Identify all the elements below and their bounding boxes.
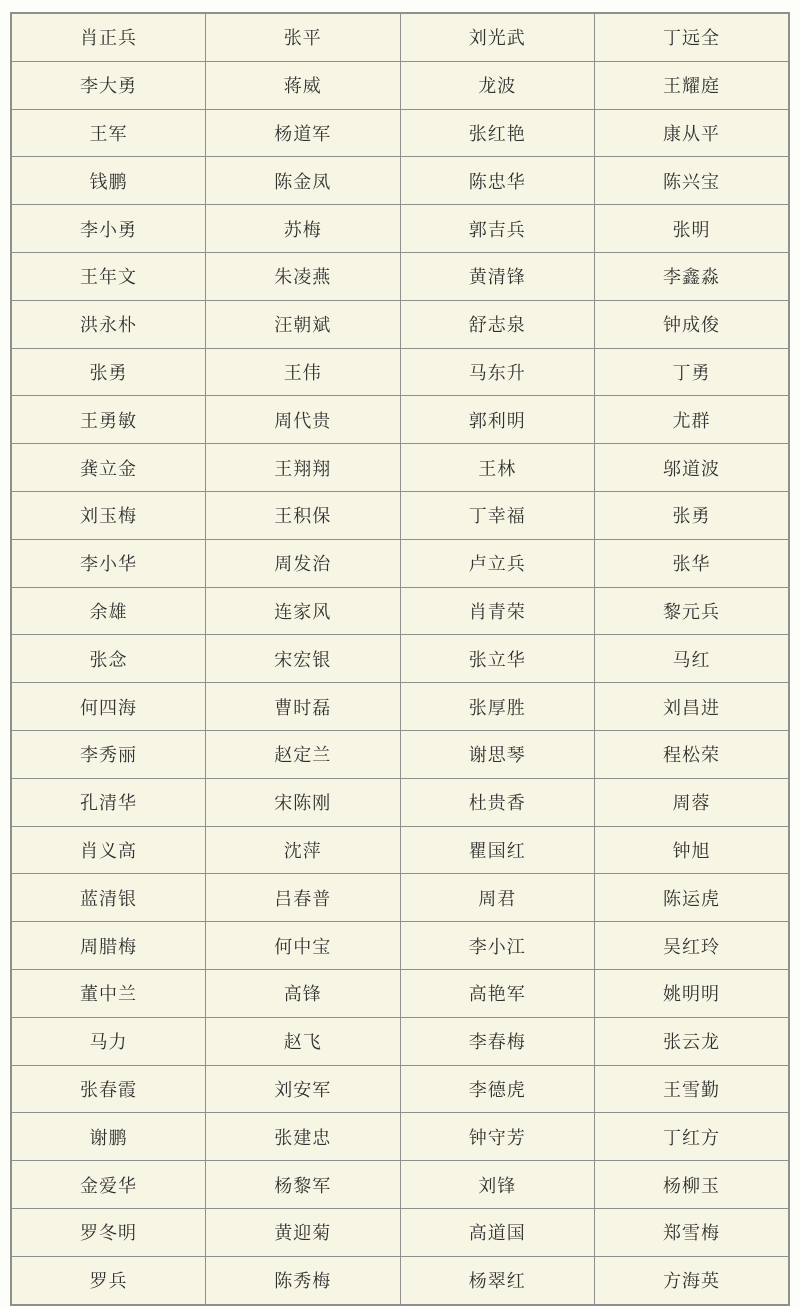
table-cell: 张云龙 [595,1017,790,1065]
table-cell: 程松荣 [595,730,790,778]
table-row: 张勇王伟马东升丁勇 [11,348,789,396]
table-cell: 罗冬明 [11,1208,206,1256]
table-cell: 蓝清银 [11,874,206,922]
name-table-body: 肖正兵张平刘光武丁远全李大勇蒋威龙波王耀庭王军杨道军张红艳康从平钱鹏陈金凤陈忠华… [11,13,789,1305]
table-cell: 朱凌燕 [206,252,401,300]
table-cell: 陈运虎 [595,874,790,922]
table-row: 刘玉梅王积保丁幸福张勇 [11,491,789,539]
table-cell: 丁红方 [595,1113,790,1161]
table-cell: 汪朝斌 [206,300,401,348]
table-cell: 丁勇 [595,348,790,396]
table-row: 肖正兵张平刘光武丁远全 [11,13,789,61]
table-cell: 龚立金 [11,444,206,492]
table-cell: 丁幸福 [400,491,595,539]
table-cell: 何中宝 [206,922,401,970]
table-cell: 高艳军 [400,969,595,1017]
table-cell: 王翔翔 [206,444,401,492]
table-cell: 马红 [595,635,790,683]
table-cell: 李德虎 [400,1065,595,1113]
table-row: 王军杨道军张红艳康从平 [11,109,789,157]
table-cell: 刘光武 [400,13,595,61]
table-cell: 杨黎军 [206,1161,401,1209]
table-cell: 卢立兵 [400,539,595,587]
table-cell: 周腊梅 [11,922,206,970]
table-cell: 方海英 [595,1256,790,1304]
name-table: 肖正兵张平刘光武丁远全李大勇蒋威龙波王耀庭王军杨道军张红艳康从平钱鹏陈金凤陈忠华… [10,12,790,1306]
table-cell: 刘安军 [206,1065,401,1113]
table-cell: 刘昌进 [595,683,790,731]
table-cell: 何四海 [11,683,206,731]
table-cell: 张厚胜 [400,683,595,731]
table-cell: 李小华 [11,539,206,587]
table-cell: 肖义高 [11,826,206,874]
table-cell: 王林 [400,444,595,492]
table-cell: 谢思琴 [400,730,595,778]
table-cell: 钟守芳 [400,1113,595,1161]
table-cell: 马力 [11,1017,206,1065]
table-cell: 李小江 [400,922,595,970]
table-cell: 刘玉梅 [11,491,206,539]
table-row: 李小勇苏梅郭吉兵张明 [11,205,789,253]
table-cell: 张建忠 [206,1113,401,1161]
table-row: 洪永朴汪朝斌舒志泉钟成俊 [11,300,789,348]
table-cell: 钱鹏 [11,157,206,205]
table-cell: 张念 [11,635,206,683]
table-cell: 肖青荣 [400,587,595,635]
table-cell: 舒志泉 [400,300,595,348]
table-cell: 张平 [206,13,401,61]
table-row: 李小华周发治卢立兵张华 [11,539,789,587]
table-cell: 李小勇 [11,205,206,253]
table-cell: 董中兰 [11,969,206,1017]
table-cell: 尤群 [595,396,790,444]
table-cell: 蒋威 [206,61,401,109]
table-cell: 宋陈刚 [206,778,401,826]
table-cell: 钟成俊 [595,300,790,348]
table-cell: 李大勇 [11,61,206,109]
table-cell: 罗兵 [11,1256,206,1304]
table-row: 张春霞刘安军李德虎王雪勤 [11,1065,789,1113]
table-cell: 赵飞 [206,1017,401,1065]
table-cell: 谢鹏 [11,1113,206,1161]
table-cell: 高道国 [400,1208,595,1256]
table-row: 谢鹏张建忠钟守芳丁红方 [11,1113,789,1161]
table-cell: 杜贵香 [400,778,595,826]
table-cell: 张华 [595,539,790,587]
table-cell: 周蓉 [595,778,790,826]
table-cell: 高锋 [206,969,401,1017]
table-cell: 王伟 [206,348,401,396]
table-cell: 张勇 [11,348,206,396]
table-row: 龚立金王翔翔王林邬道波 [11,444,789,492]
table-row: 董中兰高锋高艳军姚明明 [11,969,789,1017]
table-cell: 陈秀梅 [206,1256,401,1304]
table-cell: 杨柳玉 [595,1161,790,1209]
table-cell: 张勇 [595,491,790,539]
table-row: 钱鹏陈金凤陈忠华陈兴宝 [11,157,789,205]
table-cell: 孔清华 [11,778,206,826]
table-cell: 姚明明 [595,969,790,1017]
table-cell: 郑雪梅 [595,1208,790,1256]
table-row: 王年文朱凌燕黄清锋李鑫淼 [11,252,789,300]
table-cell: 张明 [595,205,790,253]
table-cell: 陈忠华 [400,157,595,205]
table-cell: 周代贵 [206,396,401,444]
table-cell: 张红艳 [400,109,595,157]
table-cell: 王积保 [206,491,401,539]
table-cell: 王耀庭 [595,61,790,109]
table-row: 李大勇蒋威龙波王耀庭 [11,61,789,109]
table-row: 罗冬明黄迎菊高道国郑雪梅 [11,1208,789,1256]
table-cell: 丁远全 [595,13,790,61]
table-row: 孔清华宋陈刚杜贵香周蓉 [11,778,789,826]
table-cell: 苏梅 [206,205,401,253]
table-cell: 瞿国红 [400,826,595,874]
table-cell: 金爱华 [11,1161,206,1209]
table-cell: 龙波 [400,61,595,109]
table-row: 马力赵飞李春梅张云龙 [11,1017,789,1065]
page: 肖正兵张平刘光武丁远全李大勇蒋威龙波王耀庭王军杨道军张红艳康从平钱鹏陈金凤陈忠华… [0,0,800,1285]
table-row: 金爱华杨黎军刘锋杨柳玉 [11,1161,789,1209]
table-cell: 连家风 [206,587,401,635]
table-row: 张念宋宏银张立华马红 [11,635,789,683]
table-cell: 杨翠红 [400,1256,595,1304]
table-cell: 王雪勤 [595,1065,790,1113]
table-row: 余雄连家风肖青荣黎元兵 [11,587,789,635]
table-cell: 沈萍 [206,826,401,874]
table-cell: 李鑫淼 [595,252,790,300]
table-row: 何四海曹时磊张厚胜刘昌进 [11,683,789,731]
table-cell: 刘锋 [400,1161,595,1209]
table-cell: 邬道波 [595,444,790,492]
table-cell: 李秀丽 [11,730,206,778]
table-cell: 王年文 [11,252,206,300]
table-cell: 肖正兵 [11,13,206,61]
table-cell: 洪永朴 [11,300,206,348]
table-row: 李秀丽赵定兰谢思琴程松荣 [11,730,789,778]
table-cell: 周发治 [206,539,401,587]
table-cell: 吴红玲 [595,922,790,970]
table-cell: 陈金凤 [206,157,401,205]
table-cell: 黄迎菊 [206,1208,401,1256]
table-row: 蓝清银吕春普周君陈运虎 [11,874,789,922]
table-row: 肖义高沈萍瞿国红钟旭 [11,826,789,874]
table-cell: 赵定兰 [206,730,401,778]
table-cell: 王勇敏 [11,396,206,444]
table-cell: 张春霞 [11,1065,206,1113]
table-cell: 钟旭 [595,826,790,874]
table-cell: 郭吉兵 [400,205,595,253]
table-cell: 曹时磊 [206,683,401,731]
table-cell: 李春梅 [400,1017,595,1065]
table-cell: 余雄 [11,587,206,635]
table-cell: 郭利明 [400,396,595,444]
table-cell: 马东升 [400,348,595,396]
table-cell: 黄清锋 [400,252,595,300]
table-cell: 陈兴宝 [595,157,790,205]
table-cell: 杨道军 [206,109,401,157]
table-row: 王勇敏周代贵郭利明尤群 [11,396,789,444]
table-row: 周腊梅何中宝李小江吴红玲 [11,922,789,970]
table-cell: 吕春普 [206,874,401,922]
table-cell: 康从平 [595,109,790,157]
table-cell: 黎元兵 [595,587,790,635]
table-cell: 王军 [11,109,206,157]
table-cell: 周君 [400,874,595,922]
table-cell: 张立华 [400,635,595,683]
table-row: 罗兵陈秀梅杨翠红方海英 [11,1256,789,1304]
table-cell: 宋宏银 [206,635,401,683]
